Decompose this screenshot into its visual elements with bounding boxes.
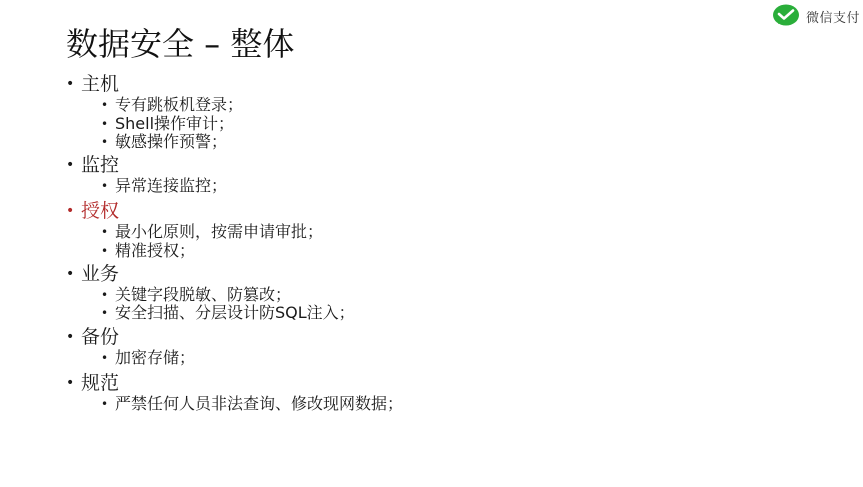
wechat-pay-check-icon	[772, 4, 800, 28]
list-item-text: 严禁任何人员非法查询、修改现网数据；	[115, 394, 403, 413]
brand-label: 微信支付	[806, 7, 860, 26]
bullet-icon: •	[66, 153, 81, 177]
list-item: •最小化原则，按需申请审批；	[101, 222, 323, 242]
list-item-text: 关键字段脱敏、防篡改；	[115, 285, 291, 304]
section-label: 授权	[81, 200, 119, 222]
bullet-icon: •	[101, 394, 115, 414]
bullet-icon: •	[66, 262, 81, 286]
bullet-icon: •	[101, 285, 115, 305]
list-item: •Shell操作审计；	[101, 114, 234, 134]
list-item: •关键字段脱敏、防篡改；	[101, 285, 291, 305]
section-label: 监控	[81, 154, 119, 176]
slide-title: 数据安全 – 整体	[66, 24, 294, 64]
section-label: 规范	[81, 372, 119, 394]
bullet-icon: •	[101, 114, 115, 134]
list-item-text: 最小化原则，按需申请审批；	[115, 222, 323, 241]
section-label: 业务	[81, 263, 119, 285]
list-item-text: 异常连接监控；	[115, 176, 227, 195]
list-item: •安全扫描、分层设计防SQL注入；	[101, 303, 355, 323]
bullet-icon: •	[101, 241, 115, 261]
bullet-icon: •	[101, 222, 115, 242]
bullet-icon: •	[66, 199, 81, 223]
wechat-pay-brand: 微信支付	[772, 4, 860, 28]
section-host: •主机	[66, 72, 119, 96]
list-item-text: 敏感操作预警；	[115, 132, 227, 151]
list-item: •加密存储；	[101, 348, 195, 368]
section-backup: •备份	[66, 325, 119, 349]
bullet-icon: •	[101, 176, 115, 196]
list-item: •异常连接监控；	[101, 176, 227, 196]
bullet-icon: •	[66, 72, 81, 96]
section-label: 主机	[81, 73, 119, 95]
list-item-text: 加密存储；	[115, 348, 195, 367]
bullet-icon: •	[101, 95, 115, 115]
section-label: 备份	[81, 326, 119, 348]
list-item: •敏感操作预警；	[101, 132, 227, 152]
bullet-icon: •	[101, 132, 115, 152]
bullet-icon: •	[101, 303, 115, 323]
section-policy: •规范	[66, 371, 119, 395]
bullet-icon: •	[66, 371, 81, 395]
list-item: •严禁任何人员非法查询、修改现网数据；	[101, 394, 403, 414]
list-item: •精准授权；	[101, 241, 195, 261]
list-item-text: 精准授权；	[115, 241, 195, 260]
section-business: •业务	[66, 262, 119, 286]
list-item-text: Shell操作审计；	[115, 114, 234, 133]
list-item-text: 安全扫描、分层设计防SQL注入；	[115, 303, 355, 322]
bullet-icon: •	[66, 325, 81, 349]
bullet-icon: •	[101, 348, 115, 368]
list-item: •专有跳板机登录；	[101, 95, 243, 115]
list-item-text: 专有跳板机登录；	[115, 95, 243, 114]
section-authorization: •授权	[66, 199, 119, 223]
section-monitoring: •监控	[66, 153, 119, 177]
